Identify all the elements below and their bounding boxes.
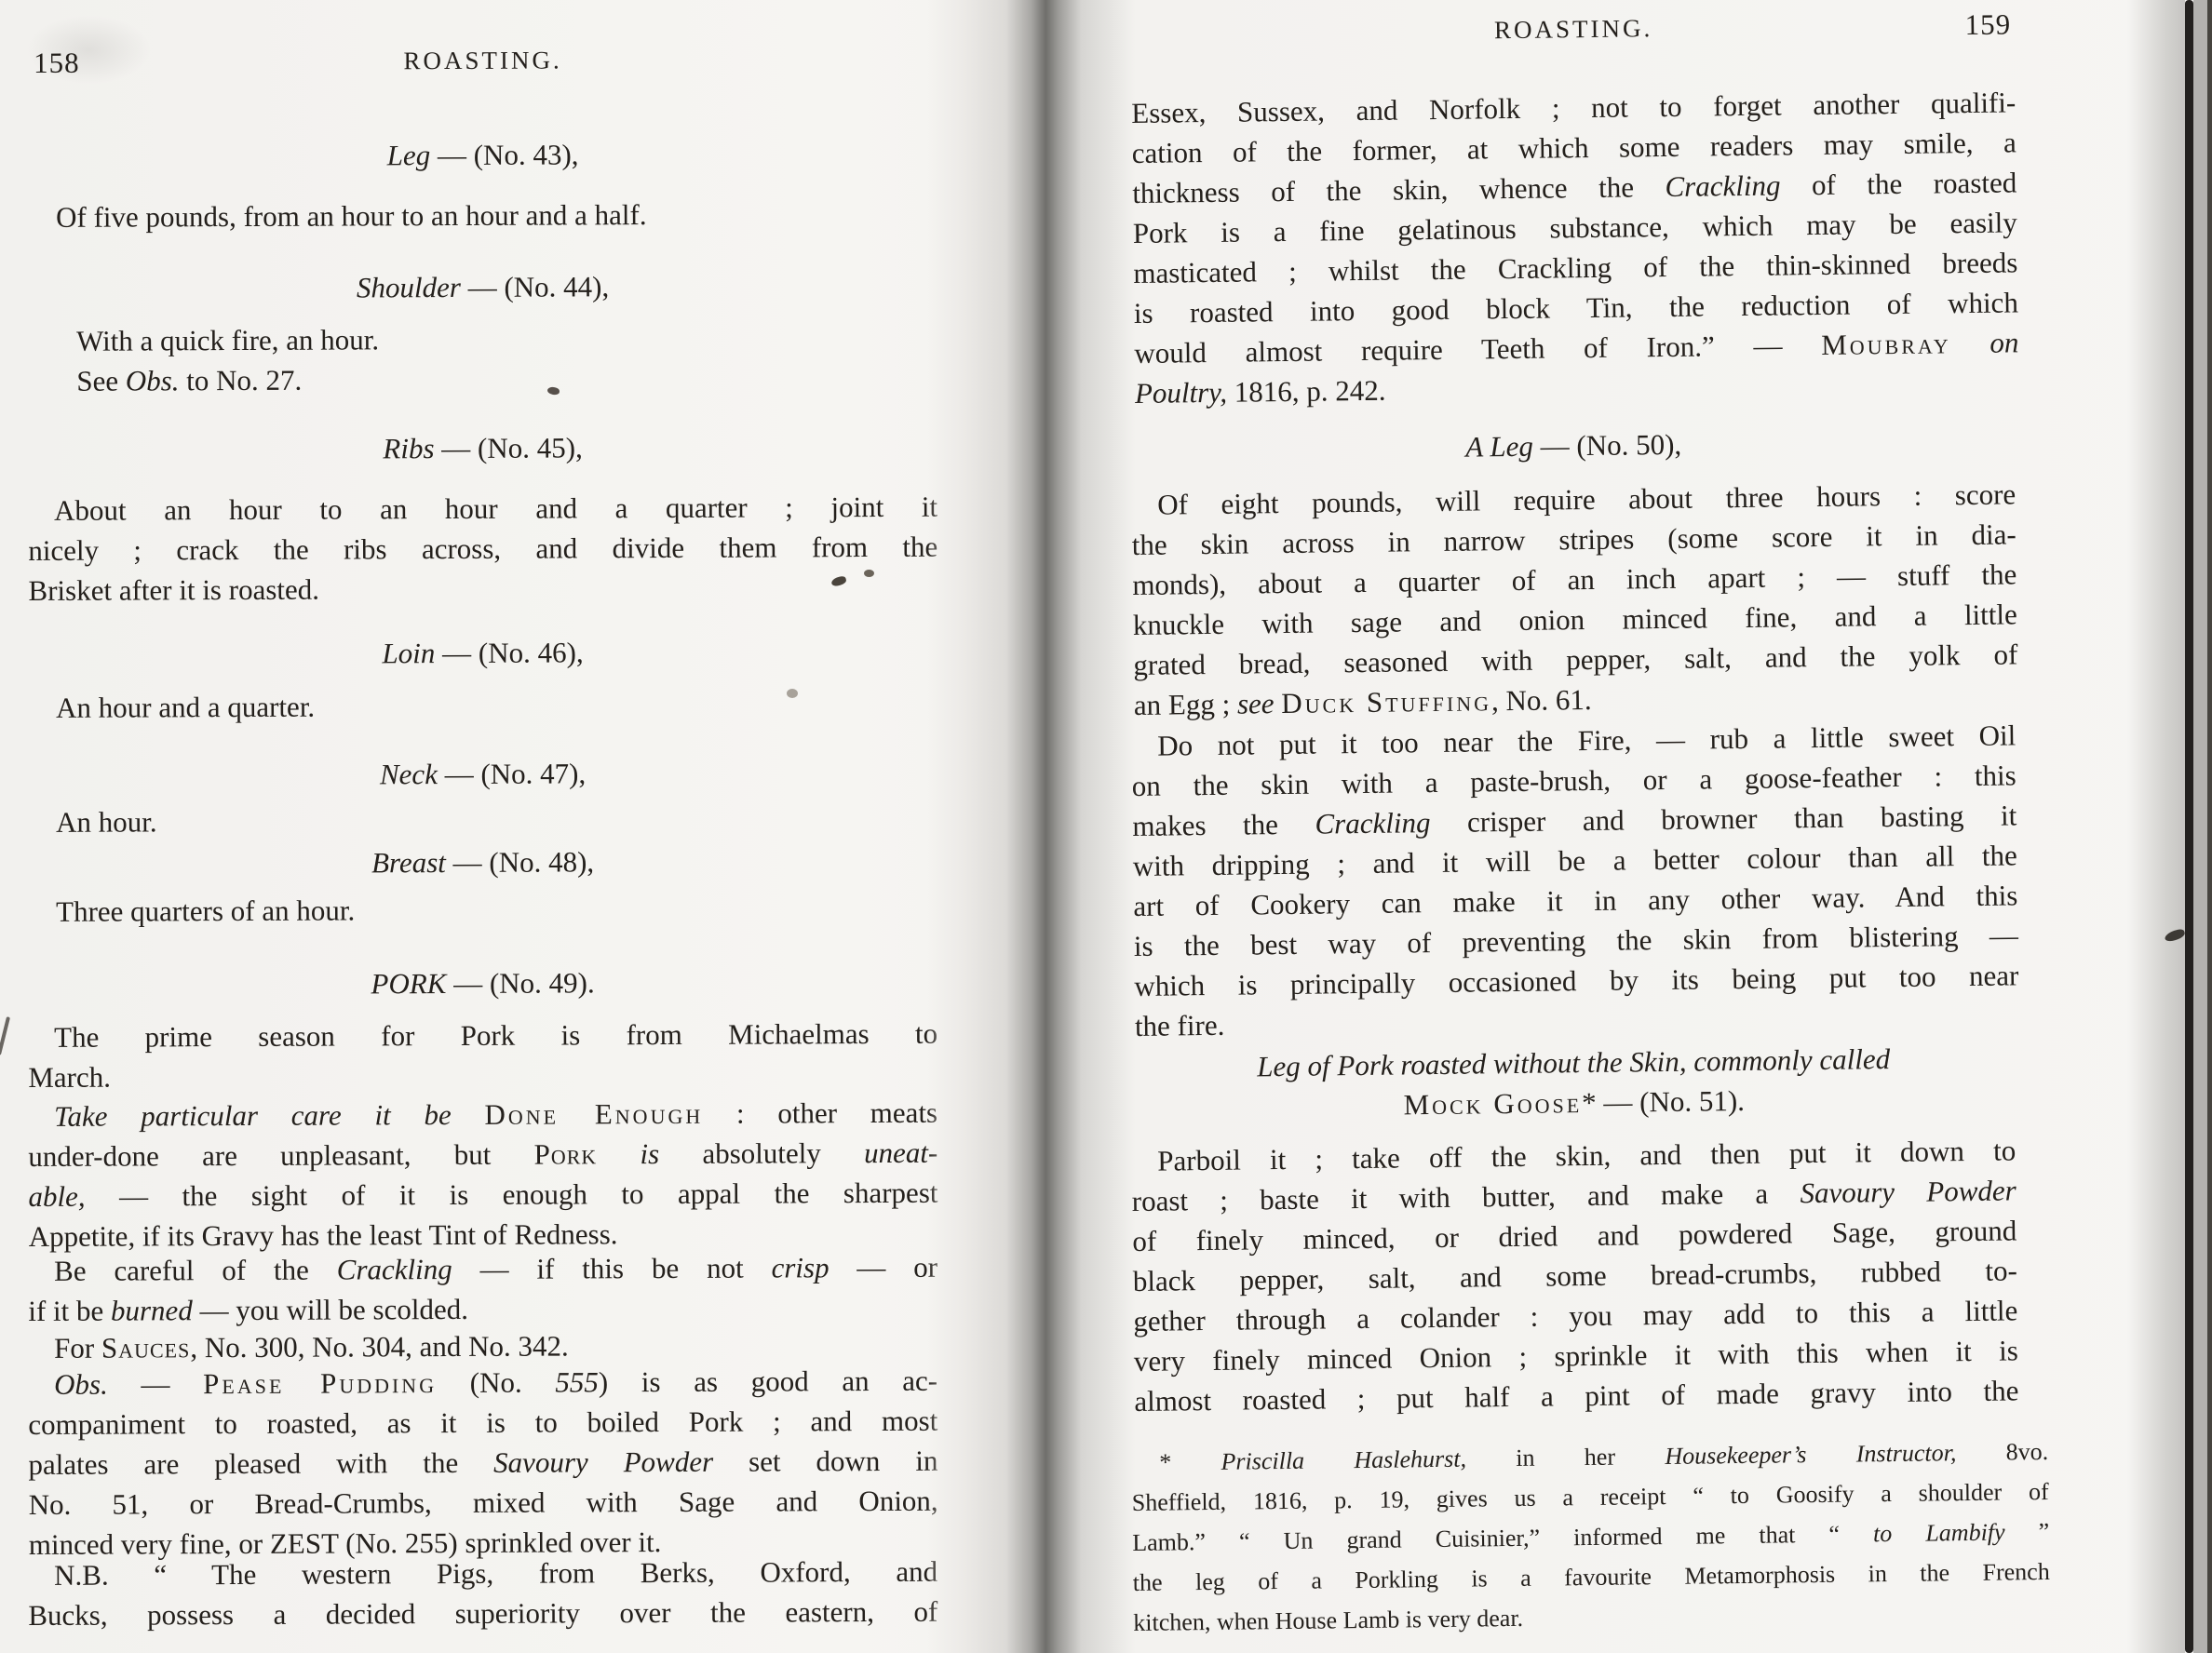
- book-edge-outer-line: [2207, 0, 2212, 1653]
- book-gutter-shadow: [926, 0, 1136, 1653]
- paragraph-not-near-fire: Do not put it too near the Fire, — rub a…: [1131, 715, 2019, 1046]
- running-head-right: ROASTING.: [1131, 9, 2016, 49]
- paragraph-eight-pounds: Of eight pounds, will require about thre…: [1131, 474, 2018, 725]
- page-number-right: 159: [1964, 7, 2011, 42]
- book-edge-gray-band: [2127, 0, 2185, 1653]
- ink-speck: [864, 570, 874, 577]
- book-edge-dark-line: [2185, 0, 2193, 1653]
- paragraph-parboil: Parboil it ; take off the skin, and then…: [1131, 1130, 2019, 1421]
- running-head-row-right: ROASTING. 159: [1131, 7, 2016, 60]
- paragraph-essex-continuation: Essex, Sussex, and Norfolk ; not to forg…: [1131, 82, 2019, 413]
- ink-speck: [787, 689, 798, 698]
- heading-a-leg-no50: A Leg — (No. 50),: [1131, 420, 2016, 471]
- footnote-priscilla-haslehurst: * Priscilla Haslehurst, in her Housekeep…: [1131, 1434, 2051, 1646]
- book-edge-mid-band: [2193, 0, 2207, 1653]
- heading-mock-goose-no51: Leg of Pork roasted without the Skin, co…: [1131, 1037, 2016, 1128]
